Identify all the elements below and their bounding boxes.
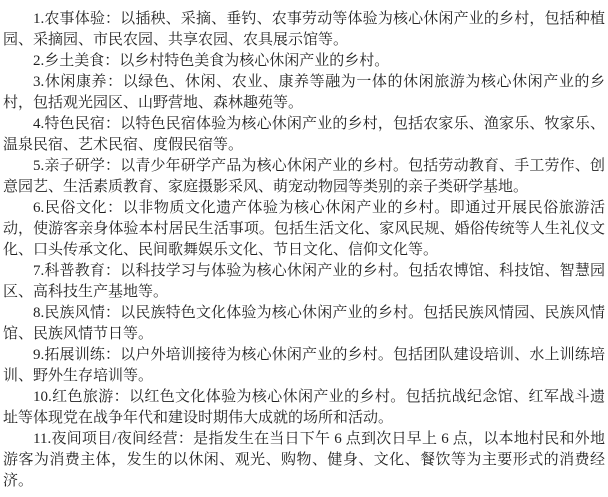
document-page: 1.农事体验：以插秧、采摘、垂钓、农事劳动等体验为核心休闲产业的乡村，包括种植园… xyxy=(0,0,608,497)
paragraph-item-5: 5.亲子研学：以青少年研学产品为核心休闲产业的乡村。包括劳动教育、手工劳作、创意… xyxy=(3,156,605,198)
paragraph-item-9: 9.拓展训练：以户外培训接待为核心休闲产业的乡村。包括团队建设培训、水上训练培训… xyxy=(3,345,605,387)
paragraph-item-2: 2.乡土美食：以乡村特色美食为核心休闲产业的乡村。 xyxy=(3,51,605,72)
paragraph-item-8: 8.民族风情：以民族特色文化体验为核心休闲产业的乡村。包括民族风情园、民族风情馆… xyxy=(3,303,605,345)
paragraph-item-11: 11.夜间项目/夜间经营：是指发生在当日下午 6 点到次日早上 6 点，以本地村… xyxy=(3,429,605,492)
paragraph-item-10: 10.红色旅游：以红色文化体验为核心休闲产业的乡村。包括抗战纪念馆、红军战斗遗址… xyxy=(3,387,605,429)
paragraph-item-7: 7.科普教育：以科技学习与体验为核心休闲产业的乡村。包括农博馆、科技馆、智慧园区… xyxy=(3,261,605,303)
paragraph-item-3: 3.休闲康养：以绿色、休闲、农业、康养等融为一体的休闲旅游为核心休闲产业的乡村，… xyxy=(3,72,605,114)
paragraph-item-4: 4.特色民宿：以特色民宿体验为核心休闲产业的乡村，包括农家乐、渔家乐、牧家乐、温… xyxy=(3,114,605,156)
paragraph-item-6: 6.民俗文化：以非物质文化遗产体验为核心休闲产业的乡村。即通过开展民俗旅游活动，… xyxy=(3,198,605,261)
paragraph-item-1: 1.农事体验：以插秧、采摘、垂钓、农事劳动等体验为核心休闲产业的乡村，包括种植园… xyxy=(3,9,605,51)
